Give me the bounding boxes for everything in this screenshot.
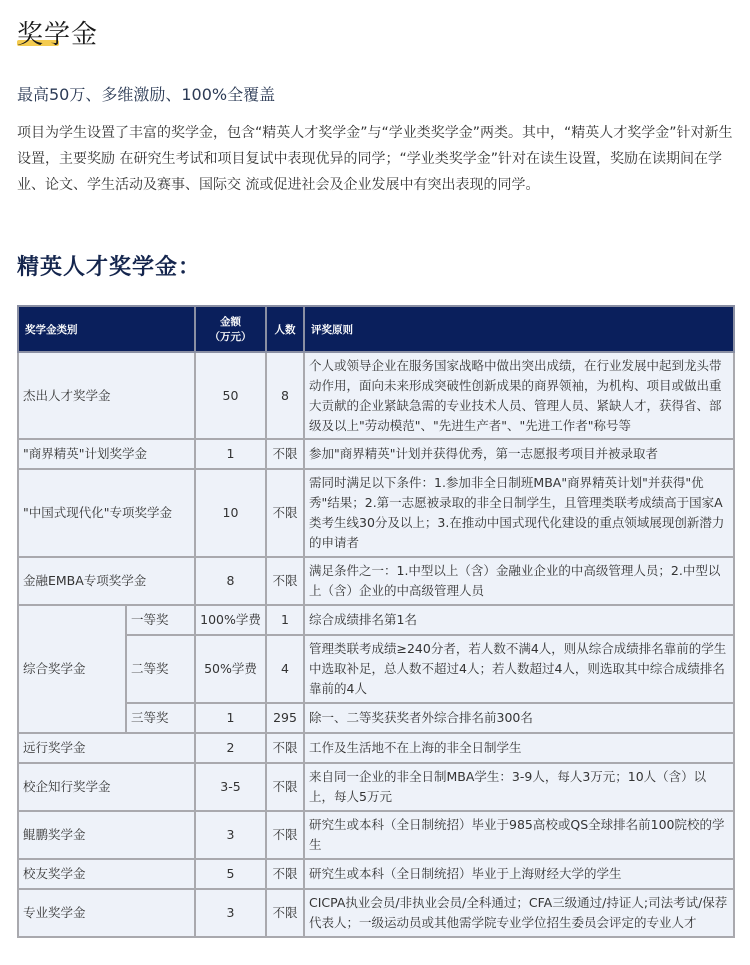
row-name: 远行奖学金 xyxy=(18,733,195,763)
row-count: 295 xyxy=(266,703,304,733)
table-row: 三等奖 1 295 除一、二等奖获奖者外综合排名前300名 xyxy=(18,703,734,733)
scholarship-table: 奖学金类别 金额 （万元） 人数 评奖原则 杰出人才奖学金 50 8 个人或领导… xyxy=(17,305,735,938)
row-count: 不限 xyxy=(266,859,304,889)
row-count: 不限 xyxy=(266,557,304,605)
table-row: 二等奖 50%学费 4 管理类联考成绩≥240分者，若人数不满4人，则从综合成绩… xyxy=(18,635,734,703)
page-title: 奖学金 xyxy=(17,14,98,51)
row-name: 杰出人才奖学金 xyxy=(18,352,195,439)
row-name: 综合奖学金 xyxy=(18,605,126,733)
row-name: 专业奖学金 xyxy=(18,889,195,937)
row-count: 不限 xyxy=(266,439,304,469)
row-criteria: CICPA执业会员/非执业会员/全科通过；CFA三级通过/持证人;司法考试/保荐… xyxy=(304,889,734,937)
row-amount: 50%学费 xyxy=(195,635,266,703)
row-count: 不限 xyxy=(266,763,304,811)
table-row: "商界精英"计划奖学金 1 不限 参加"商界精英"计划并获得优秀，第一志愿报考项… xyxy=(18,439,734,469)
row-count: 8 xyxy=(266,352,304,439)
table-row: 金融EMBA专项奖学金 8 不限 满足条件之一：1.中型以上（含）金融业企业的中… xyxy=(18,557,734,605)
table-row: 远行奖学金 2 不限 工作及生活地不在上海的非全日制学生 xyxy=(18,733,734,763)
table-row: 校企知行奖学金 3-5 不限 来自同一企业的非全日制MBA学生：3-9人，每人3… xyxy=(18,763,734,811)
row-amount: 3-5 xyxy=(195,763,266,811)
row-criteria: 满足条件之一：1.中型以上（含）金融业企业的中高级管理人员；2.中型以上（含）企… xyxy=(304,557,734,605)
row-name: 校友奖学金 xyxy=(18,859,195,889)
row-criteria: 研究生或本科（全日制统招）毕业于985高校或QS全球排名前100院校的学生 xyxy=(304,811,734,859)
row-name: "商界精英"计划奖学金 xyxy=(18,439,195,469)
col-header-criteria: 评奖原则 xyxy=(304,306,734,352)
row-amount: 3 xyxy=(195,889,266,937)
table-row: 鲲鹏奖学金 3 不限 研究生或本科（全日制统招）毕业于985高校或QS全球排名前… xyxy=(18,811,734,859)
row-criteria: 除一、二等奖获奖者外综合排名前300名 xyxy=(304,703,734,733)
row-criteria: 个人或领导企业在服务国家战略中做出突出成绩，在行业发展中起到龙头带动作用，面向未… xyxy=(304,352,734,439)
table-row: "中国式现代化"专项奖学金 10 不限 需同时满足以下条件：1.参加非全日制班M… xyxy=(18,469,734,557)
row-count: 不限 xyxy=(266,733,304,763)
row-name: 鲲鹏奖学金 xyxy=(18,811,195,859)
row-amount: 1 xyxy=(195,439,266,469)
row-count: 1 xyxy=(266,605,304,635)
col-header-count: 人数 xyxy=(266,306,304,352)
row-name: 校企知行奖学金 xyxy=(18,763,195,811)
table-row: 杰出人才奖学金 50 8 个人或领导企业在服务国家战略中做出突出成绩，在行业发展… xyxy=(18,352,734,439)
row-criteria: 来自同一企业的非全日制MBA学生：3-9人，每人3万元；10人（含）以上，每人5… xyxy=(304,763,734,811)
row-criteria: 研究生或本科（全日制统招）毕业于上海财经大学的学生 xyxy=(304,859,734,889)
row-criteria: 参加"商界精英"计划并获得优秀，第一志愿报考项目并被录取者 xyxy=(304,439,734,469)
row-amount: 2 xyxy=(195,733,266,763)
row-count: 不限 xyxy=(266,811,304,859)
intro-paragraph: 项目为学生设置了丰富的奖学金，包含“精英人才奖学金”与“学业类奖学金”两类。其中… xyxy=(17,120,735,198)
row-amount: 1 xyxy=(195,703,266,733)
table-row: 校友奖学金 5 不限 研究生或本科（全日制统招）毕业于上海财经大学的学生 xyxy=(18,859,734,889)
table-row: 综合奖学金 一等奖 100%学费 1 综合成绩排名第1名 xyxy=(18,605,734,635)
row-tier: 二等奖 xyxy=(126,635,195,703)
section-title: 精英人才奖学金： xyxy=(17,250,201,281)
col-header-amount: 金额 （万元） xyxy=(195,306,266,352)
row-amount: 100%学费 xyxy=(195,605,266,635)
row-amount: 50 xyxy=(195,352,266,439)
row-tier: 一等奖 xyxy=(126,605,195,635)
row-criteria: 工作及生活地不在上海的非全日制学生 xyxy=(304,733,734,763)
row-amount: 10 xyxy=(195,469,266,557)
row-count: 不限 xyxy=(266,469,304,557)
row-count: 4 xyxy=(266,635,304,703)
subtitle: 最高50万、多维激励、100%全覆盖 xyxy=(17,82,275,105)
row-amount: 8 xyxy=(195,557,266,605)
table-row: 专业奖学金 3 不限 CICPA执业会员/非执业会员/全科通过；CFA三级通过/… xyxy=(18,889,734,937)
table-header-row: 奖学金类别 金额 （万元） 人数 评奖原则 xyxy=(18,306,734,352)
row-criteria: 综合成绩排名第1名 xyxy=(304,605,734,635)
col-header-category: 奖学金类别 xyxy=(18,306,195,352)
row-name: "中国式现代化"专项奖学金 xyxy=(18,469,195,557)
row-criteria: 需同时满足以下条件：1.参加非全日制班MBA"商界精英计划"并获得"优秀"结果；… xyxy=(304,469,734,557)
row-amount: 5 xyxy=(195,859,266,889)
row-tier: 三等奖 xyxy=(126,703,195,733)
row-criteria: 管理类联考成绩≥240分者，若人数不满4人，则从综合成绩排名靠前的学生中选取补足… xyxy=(304,635,734,703)
row-amount: 3 xyxy=(195,811,266,859)
row-count: 不限 xyxy=(266,889,304,937)
row-name: 金融EMBA专项奖学金 xyxy=(18,557,195,605)
